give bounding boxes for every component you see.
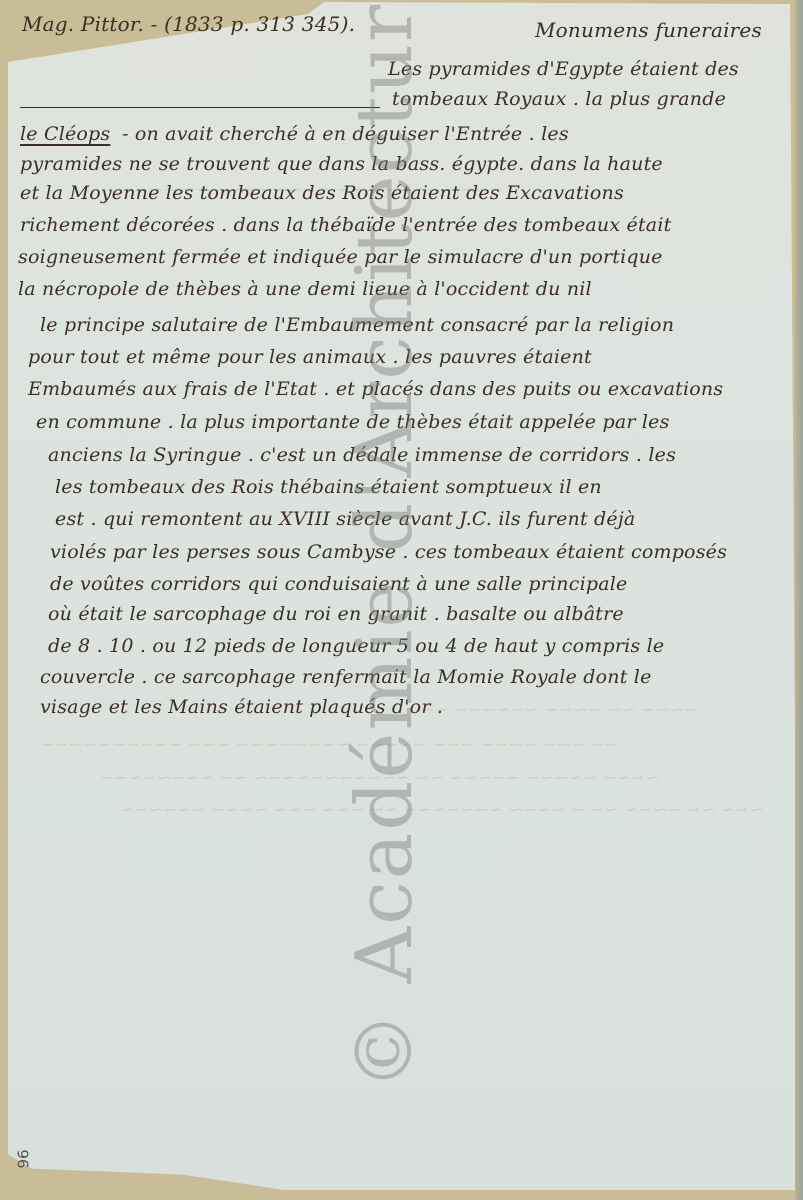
manuscript-line: pour tout et même pour les animaux . les… [28,348,592,367]
manuscript-line: de voûtes corridors qui conduisaient à u… [50,575,627,594]
copyright-watermark: © Académie d'Architecture [340,0,430,1090]
manuscript-line: tombeaux Royaux . la plus grande [392,90,726,109]
manuscript-line: Les pyramides d'Egypte étaient des [388,60,739,79]
manuscript-line: la nécropole de thèbes à une demi lieue … [18,280,592,299]
bleed-through-text: ~~~~ ~~ ~~~~ ~~~~~~ ~~ [420,700,698,720]
section-heading: Monumens funeraires [535,20,762,40]
horizontal-rule [20,107,380,108]
manuscript-line: et la Moyenne les tombeaux des Rois étai… [20,184,624,203]
manuscript-line: les tombeaux des Rois thébains étaient s… [55,478,602,497]
manuscript-scan: ~~~ ~~~~~ ~~~ ~~~~~~~ ~~~~ ~~~ ~~~~ ~~ ~… [0,0,803,1200]
folio-number: 96 [15,1149,33,1168]
sheet-edge [795,0,803,1200]
bleed-through-text: ~~~ ~~ ~~~~ ~~ ~ ~~~~ ~~~~~~~ ~~ ~~~ ~~~… [120,800,763,820]
manuscript-line: où était le sarcophage du roi en granit … [48,605,624,624]
bleed-through-text: ~~ ~~~ ~~~~ ~~~ ~~~~~ ~~~~~~~~ ~~~ ~~~~~… [40,735,619,755]
source-reference: Mag. Pittor. - (1833 p. 313 345). [22,14,355,34]
